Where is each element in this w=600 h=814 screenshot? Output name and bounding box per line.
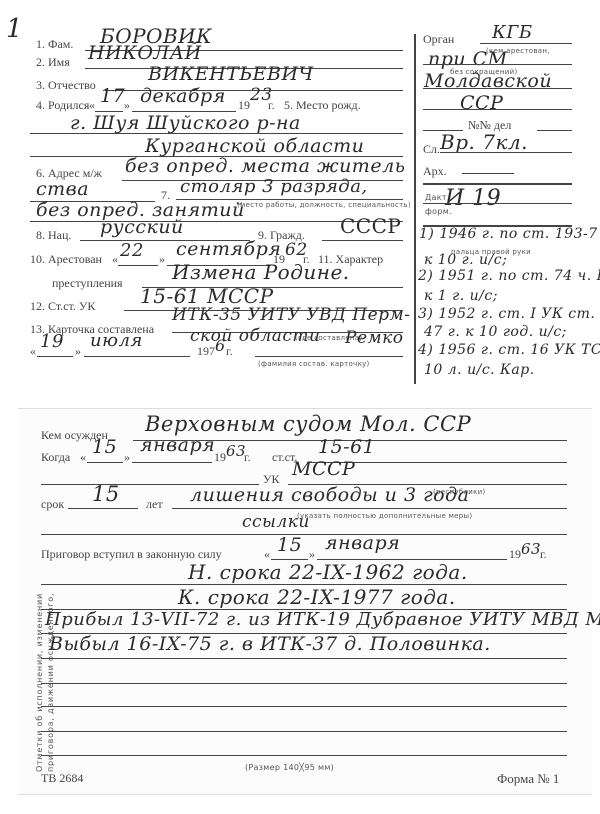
when-articles-value: 15-61 <box>318 436 375 458</box>
years-label: лет <box>146 497 163 512</box>
arrested-month: сентября <box>176 238 281 260</box>
term-label: срок <box>41 497 64 512</box>
compiler-hint: (фамилия состав. карточку) <box>258 360 370 368</box>
crime-value: Измена Родине. <box>172 260 350 284</box>
surname-label: 1. Фам. <box>36 37 73 52</box>
organ-value-1: КГБ <box>492 22 533 43</box>
patronymic-label: 3. Отчество <box>36 78 96 93</box>
effective-day: 15 <box>277 534 302 556</box>
patronymic-value: ВИКЕНТЬЕВИЧ <box>148 63 314 85</box>
term-value: 15 <box>92 482 120 506</box>
record-line-1: 1) 1946 г. по ст. 193-7 „п“ <box>419 226 600 242</box>
note-line-2: К. срока 22-IX-1977 года. <box>178 585 456 609</box>
when-month: января <box>140 434 215 456</box>
born-month: декабря <box>140 85 226 107</box>
arrested-day: 22 <box>120 240 144 261</box>
record-line-4: к 1 г. и/с; <box>424 288 498 304</box>
nationality-value: русский <box>100 216 184 238</box>
organ-value-2: при СМ <box>428 48 508 70</box>
record-line-6: 47 г. к 10 год. и/с; <box>424 324 567 340</box>
birthplace-label: 5. Место рожд. <box>284 98 361 113</box>
card-compiled-place: ИТК-35 УИТУ УВД Перм- <box>172 305 410 325</box>
when-day: 15 <box>92 436 117 458</box>
articles-label: 12. Ст.ст. УК <box>30 299 95 314</box>
effective-year: 63 <box>521 540 541 558</box>
record-line-8: 10 л. и/с. Кар. <box>424 362 535 378</box>
name-label: 2. Имя <box>36 55 70 70</box>
name-value: НИКОЛАЙ <box>88 42 202 64</box>
compiled-day: 19 <box>40 331 64 352</box>
born-label: 4. Родился <box>36 98 89 113</box>
uk-value: МССР <box>292 458 355 480</box>
sl-label: Сл. <box>423 142 440 157</box>
print-code: ТВ 2684 <box>41 771 83 786</box>
record-line-3: 2) 1951 г. по ст. 74 ч. I УК <box>418 268 600 284</box>
born-day: 17 <box>100 85 125 107</box>
note-line-1: Н. срока 22-IX-1962 года. <box>188 560 468 584</box>
record-line-7: 4) 1956 г. ст. 16 УК ТССР <box>418 342 600 358</box>
term-measures-line-2: ссылки <box>242 512 310 532</box>
arrested-label: 10. Арестован <box>30 252 102 267</box>
when-label: Когда <box>41 450 70 465</box>
nationality-label: 8. Нац. <box>36 228 71 243</box>
birthplace-line-1: г. Шуя Шуйского р-на <box>70 112 301 134</box>
compiler-name: Ремко <box>345 328 403 348</box>
birthplace-line-2: Курганской области <box>145 135 364 157</box>
record-line-5: 3) 1952 г. ст. I УК ст. 4-II <box>418 306 600 322</box>
occupation-value: столяр 3 разряда, <box>180 176 368 197</box>
occupation-hint: (место работы, должность, специальность) <box>237 201 411 209</box>
record-line-2: к 10 г. и/с; <box>424 252 507 268</box>
address-value-line-2: ства <box>36 178 89 200</box>
arch-label: Арх. <box>423 164 447 179</box>
dakt-value: И 19 <box>445 186 501 211</box>
organ-value-4: ССР <box>460 92 503 114</box>
compiled-month: июля <box>90 330 143 351</box>
form-number: Форма № 1 <box>497 771 559 787</box>
note-line-4: Выбыл 16-IX-75 г. в ИТК-37 д. Половинка. <box>49 633 491 655</box>
organ-label: Орган <box>423 32 454 47</box>
note-line-3: Прибыл 13-VII-72 г. из ИТК-19 Дубравное … <box>45 609 600 630</box>
size-note: (Размер 140╳95 мм) <box>245 763 334 772</box>
crime-label: преступления <box>52 276 123 291</box>
convicted-by-value: Верховным судом Мол. ССР <box>145 412 471 436</box>
compiled-year: 6 <box>215 336 226 355</box>
sl-value: Вр. 7кл. <box>440 130 528 154</box>
term-measures: лишения свободы и 3 года <box>190 484 470 506</box>
citizenship-value: СССР <box>340 214 401 238</box>
sheet-number: 1 <box>6 14 23 44</box>
measures-hint: (указать полностью дополнительные меры) <box>297 512 472 520</box>
address-value: без опред. места житель <box>125 155 406 177</box>
effective-month: января <box>325 532 400 554</box>
